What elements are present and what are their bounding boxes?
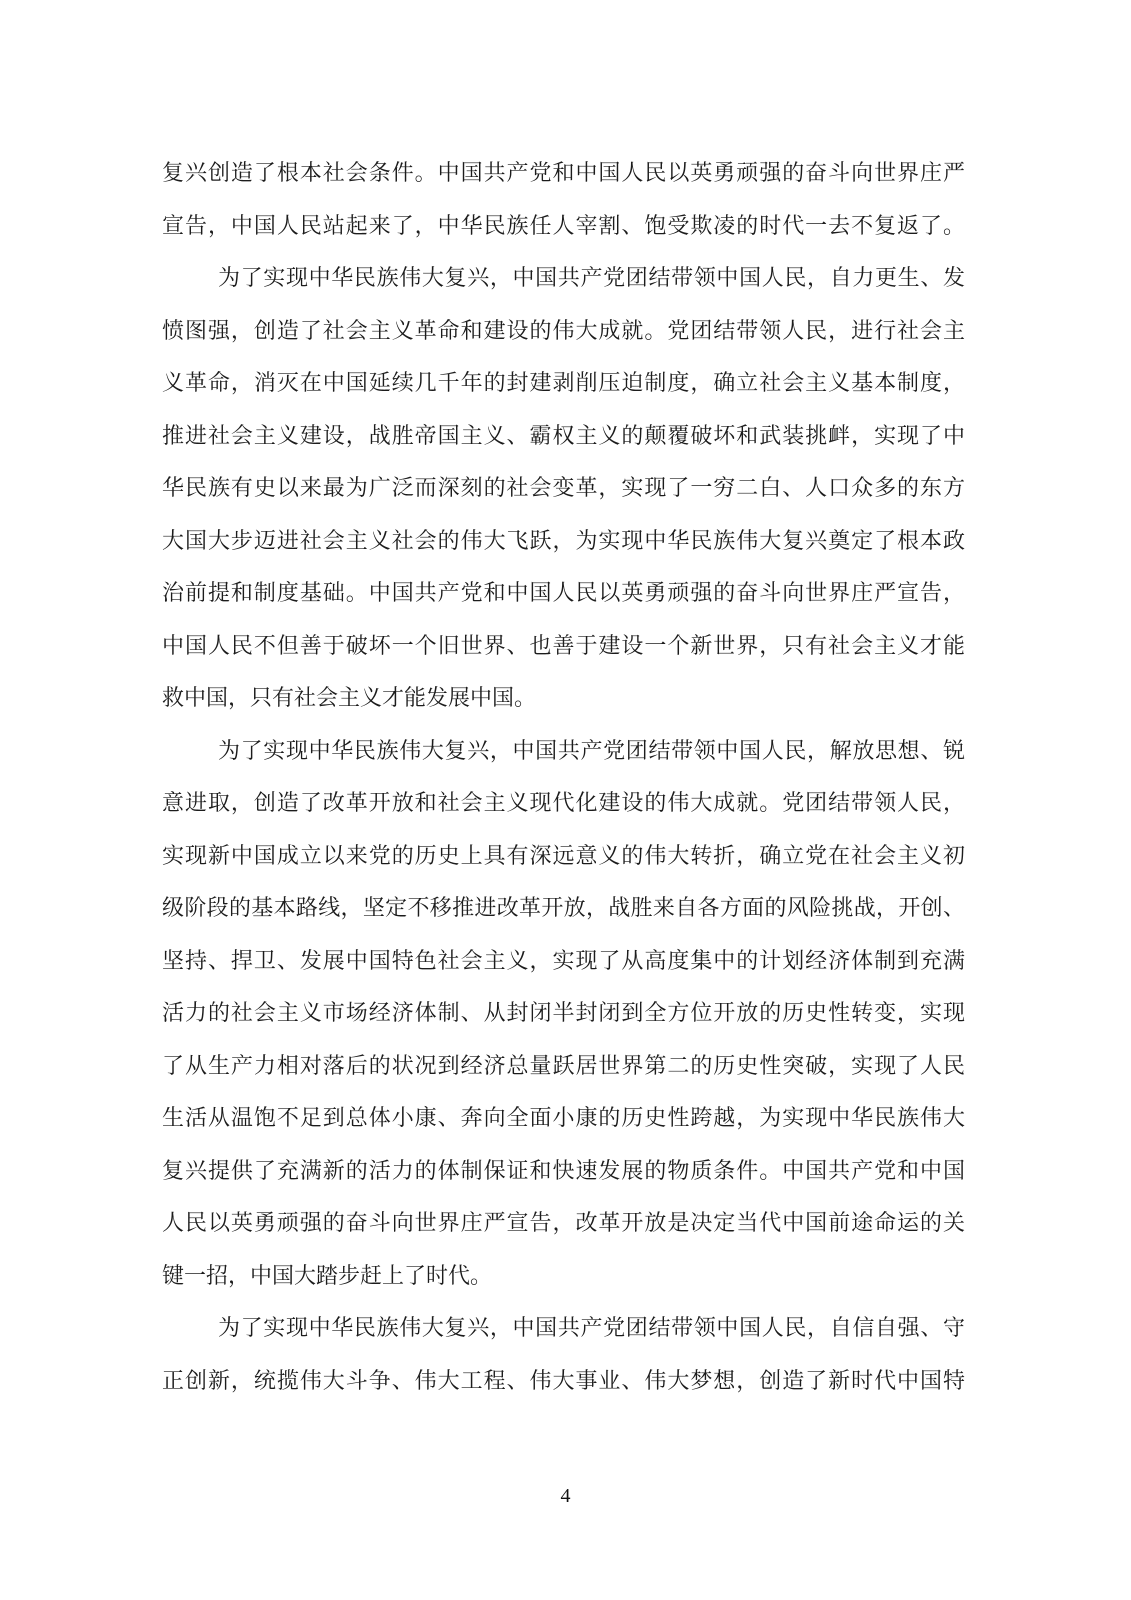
text-line: 愤图强，创造了社会主义革命和建设的伟大成就。党团结带领人民，进行社会主 <box>162 305 965 358</box>
text-line: 义革命，消灭在中国延续几千年的封建剥削压迫制度，确立社会主义基本制度， <box>162 357 965 410</box>
text-line: 人民以英勇顽强的奋斗向世界庄严宣告，改革开放是决定当代中国前途命运的关 <box>162 1197 965 1250</box>
text-line: 坚持、捍卫、发展中国特色社会主义，实现了从高度集中的计划经济体制到充满 <box>162 935 965 988</box>
text-line: 级阶段的基本路线，坚定不移推进改革开放，战胜来自各方面的风险挑战，开创、 <box>162 882 965 935</box>
text-line paragraph-start: 为了实现中华民族伟大复兴，中国共产党团结带领中国人民，解放思想、锐 <box>162 725 965 778</box>
text-line: 生活从温饱不足到总体小康、奔向全面小康的历史性跨越，为实现中华民族伟大 <box>162 1092 965 1145</box>
text-line: 复兴提供了充满新的活力的体制保证和快速发展的物质条件。中国共产党和中国 <box>162 1145 965 1198</box>
text-line: 实现新中国成立以来党的历史上具有深远意义的伟大转折，确立党在社会主义初 <box>162 830 965 883</box>
text-line: 意进取，创造了改革开放和社会主义现代化建设的伟大成就。党团结带领人民， <box>162 777 965 830</box>
text-line paragraph-start: 为了实现中华民族伟大复兴，中国共产党团结带领中国人民，自信自强、守 <box>162 1302 965 1355</box>
text-line: 华民族有史以来最为广泛而深刻的社会变革，实现了一穷二白、人口众多的东方 <box>162 462 965 515</box>
text-line: 推进社会主义建设，战胜帝国主义、霸权主义的颠覆破坏和武装挑衅，实现了中 <box>162 410 965 463</box>
text-line: 正创新，统揽伟大斗争、伟大工程、伟大事业、伟大梦想，创造了新时代中国特 <box>162 1355 965 1408</box>
text-line paragraph-start: 为了实现中华民族伟大复兴，中国共产党团结带领中国人民，自力更生、发 <box>162 252 965 305</box>
text-line: 复兴创造了根本社会条件。中国共产党和中国人民以英勇顽强的奋斗向世界庄严 <box>162 147 965 200</box>
text-line: 治前提和制度基础。中国共产党和中国人民以英勇顽强的奋斗向世界庄严宣告， <box>162 567 965 620</box>
text-line: 活力的社会主义市场经济体制、从封闭半封闭到全方位开放的历史性转变，实现 <box>162 987 965 1040</box>
text-line paragraph-end: 救中国，只有社会主义才能发展中国。 <box>162 672 965 725</box>
document-body: 复兴创造了根本社会条件。中国共产党和中国人民以英勇顽强的奋斗向世界庄严 宣告，中… <box>162 147 965 1407</box>
text-line: 了从生产力相对落后的状况到经济总量跃居世界第二的历史性突破，实现了人民 <box>162 1040 965 1093</box>
document-page: 复兴创造了根本社会条件。中国共产党和中国人民以英勇顽强的奋斗向世界庄严 宣告，中… <box>0 0 1131 1600</box>
text-line: 大国大步迈进社会主义社会的伟大飞跃，为实现中华民族伟大复兴奠定了根本政 <box>162 515 965 568</box>
text-line: 宣告，中国人民站起来了，中华民族任人宰割、饱受欺凌的时代一去不复返了。 <box>162 200 965 253</box>
page-footer: 4 <box>0 1483 1131 1509</box>
text-line: 中国人民不但善于破坏一个旧世界、也善于建设一个新世界，只有社会主义才能 <box>162 620 965 673</box>
text-line paragraph-end: 键一招，中国大踏步赶上了时代。 <box>162 1250 965 1303</box>
page-number: 4 <box>561 1485 571 1507</box>
